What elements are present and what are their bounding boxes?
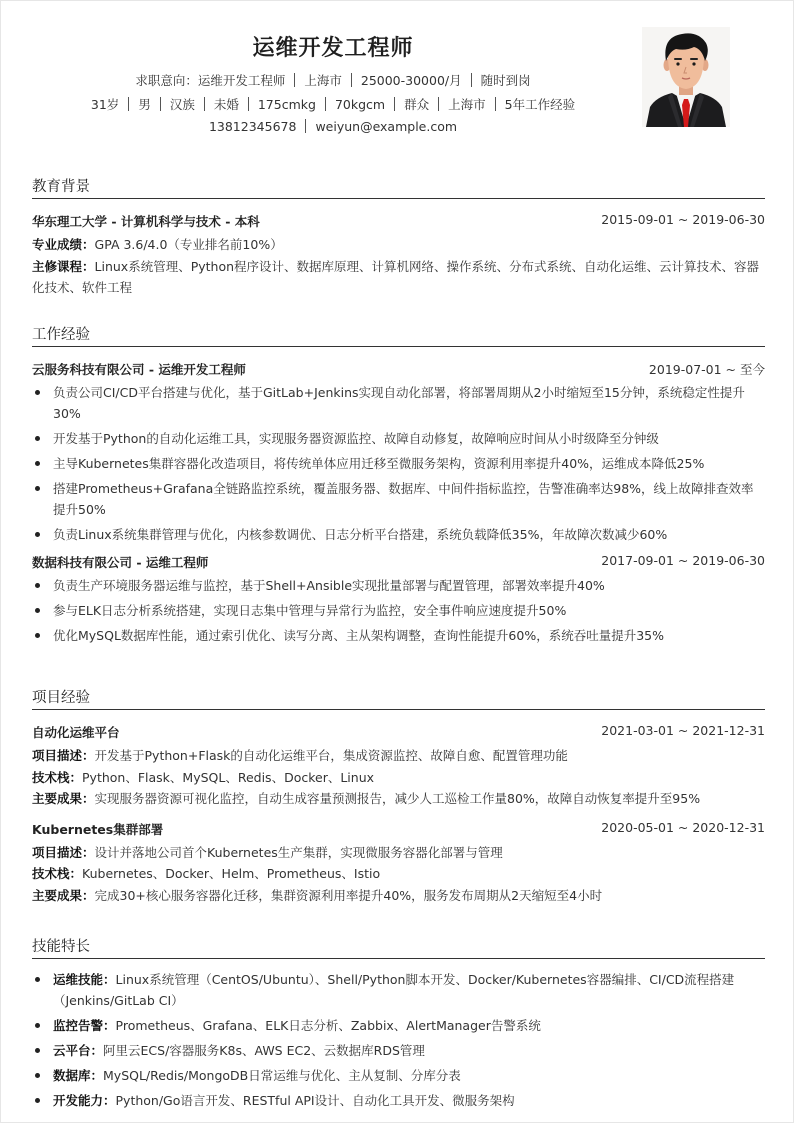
work-section: 工作经验 云服务科技有限公司 - 运维开发工程师 2019-07-01 ~ 至今… bbox=[32, 323, 765, 650]
skill-label: 开发能力： bbox=[53, 1093, 116, 1108]
courses-row: 主修课程：Linux系统管理、Python程序设计、数据库原理、计算机网络、操作… bbox=[32, 256, 765, 299]
job-intent: 求职意向：运维开发工程师 bbox=[135, 73, 285, 88]
intent-availability: 随时到岗 bbox=[481, 73, 531, 88]
list-item: 主导Kubernetes集群容器化改造项目，将传统单体应用迁移至微服务架构，资源… bbox=[32, 453, 765, 474]
school-degree: 华东理工大学 - 计算机科学与技术 - 本科 bbox=[32, 212, 260, 230]
list-item: 监控告警：Prometheus、Grafana、ELK日志分析、Zabbix、A… bbox=[32, 1015, 765, 1036]
gpa-row: 专业成绩：GPA 3.6/4.0（专业排名前10%） bbox=[32, 234, 765, 256]
list-item: 负责Linux系统集群管理与优化，内核参数调优、日志分析平台搭建，系统负载降低3… bbox=[32, 524, 765, 545]
age: 31岁 bbox=[91, 97, 119, 112]
skill-text: Linux系统管理（CentOS/Ubuntu）、Shell/Python脚本开… bbox=[53, 972, 734, 1008]
result-label: 主要成果： bbox=[32, 791, 95, 806]
list-item: 搭建Prometheus+Grafana全链路监控系统，覆盖服务器、数据库、中间… bbox=[32, 478, 765, 520]
divider bbox=[495, 97, 496, 111]
stack-value: Kubernetes、Docker、Helm、Prometheus、Istio bbox=[82, 866, 380, 881]
stack-label: 技术栈： bbox=[32, 770, 82, 785]
resume-title: 运维开发工程师 bbox=[1, 31, 665, 62]
skill-text: MySQL/Redis/MongoDB日常运维与优化、主从复制、分库分表 bbox=[103, 1068, 461, 1083]
work-date: 2017-09-01 ~ 2019-06-30 bbox=[601, 553, 765, 571]
skill-text: Prometheus、Grafana、ELK日志分析、Zabbix、AlertM… bbox=[116, 1018, 541, 1033]
list-item: 开发能力：Python/Go语言开发、RESTful API设计、自动化工具开发… bbox=[32, 1090, 765, 1111]
project-result-row: 主要成果：实现服务器资源可视化监控，自动生成容量预测报告，减少人工巡检工作量80… bbox=[32, 788, 765, 810]
project-entry-header: 自动化运维平台 2021-03-01 ~ 2021-12-31 bbox=[32, 723, 765, 741]
education-section: 教育背景 华东理工大学 - 计算机科学与技术 - 本科 2015-09-01 ~… bbox=[32, 175, 765, 299]
divider bbox=[471, 73, 472, 87]
project-stack-row: 技术栈：Python、Flask、MySQL、Redis、Docker、Linu… bbox=[32, 767, 765, 789]
work-date: 2019-07-01 ~ 至今 bbox=[649, 360, 765, 378]
avatar-illustration-icon bbox=[642, 27, 730, 127]
divider bbox=[128, 97, 129, 111]
list-item: 负责生产环境服务器运维与监控，基于Shell+Ansible实现批量部署与配置管… bbox=[32, 575, 765, 596]
project-name: Kubernetes集群部署 bbox=[32, 820, 163, 838]
education-date: 2015-09-01 ~ 2019-06-30 bbox=[601, 212, 765, 230]
section-title-skills: 技能特长 bbox=[32, 935, 765, 959]
courses-value: Linux系统管理、Python程序设计、数据库原理、计算机网络、操作系统、分布… bbox=[32, 259, 759, 296]
skill-label: 监控告警： bbox=[53, 1018, 116, 1033]
ethnicity: 汉族 bbox=[170, 97, 195, 112]
gpa-value: GPA 3.6/4.0（专业排名前10%） bbox=[95, 237, 283, 252]
project-date: 2021-03-01 ~ 2021-12-31 bbox=[601, 723, 765, 741]
divider bbox=[294, 73, 295, 87]
divider bbox=[248, 97, 249, 111]
divider bbox=[160, 97, 161, 111]
divider bbox=[325, 97, 326, 111]
divider bbox=[351, 73, 352, 87]
list-item: 负责公司CI/CD平台搭建与优化，基于GitLab+Jenkins实现自动化部署… bbox=[32, 382, 765, 424]
project-stack-row: 技术栈：Kubernetes、Docker、Helm、Prometheus、Is… bbox=[32, 863, 765, 885]
personal-info-line: 31岁男汉族未婚175cmkg70kgcm群众上海市5年工作经验 bbox=[1, 95, 665, 113]
education-entry-header: 华东理工大学 - 计算机科学与技术 - 本科 2015-09-01 ~ 2019… bbox=[32, 212, 765, 230]
skill-text: 阿里云ECS/容器服务K8s、AWS EC2、云数据库RDS管理 bbox=[103, 1043, 425, 1058]
project-desc-row: 项目描述：设计并落地公司首个Kubernetes生产集群，实现微服务容器化部署与… bbox=[32, 842, 765, 864]
experience-years: 5年工作经验 bbox=[505, 97, 575, 112]
desc-value: 开发基于Python+Flask的自动化运维平台，集成资源监控、故障自愈、配置管… bbox=[95, 748, 568, 763]
list-item: 开发基于Python的自动化运维工具，实现服务器资源监控、故障自动修复，故障响应… bbox=[32, 428, 765, 449]
section-title-work: 工作经验 bbox=[32, 323, 765, 347]
result-value: 实现服务器资源可视化监控，自动生成容量预测报告，减少人工巡检工作量80%，故障自… bbox=[95, 791, 701, 806]
desc-value: 设计并落地公司首个Kubernetes生产集群，实现微服务容器化部署与管理 bbox=[95, 845, 503, 860]
projects-section: 项目经验 自动化运维平台 2021-03-01 ~ 2021-12-31 项目描… bbox=[32, 686, 765, 906]
work-entry-header: 云服务科技有限公司 - 运维开发工程师 2019-07-01 ~ 至今 bbox=[32, 360, 765, 378]
intent-city: 上海市 bbox=[304, 73, 342, 88]
stack-label: 技术栈： bbox=[32, 866, 82, 881]
skill-text: Python/Go语言开发、RESTful API设计、自动化工具开发、微服务架… bbox=[116, 1093, 515, 1108]
list-item: 运维技能：Linux系统管理（CentOS/Ubuntu）、Shell/Pyth… bbox=[32, 969, 765, 1011]
height: 175cmkg bbox=[258, 97, 316, 112]
company-role: 云服务科技有限公司 - 运维开发工程师 bbox=[32, 360, 246, 378]
list-item: 云平台：阿里云ECS/容器服务K8s、AWS EC2、云数据库RDS管理 bbox=[32, 1040, 765, 1061]
divider bbox=[394, 97, 395, 111]
weight: 70kgcm bbox=[335, 97, 385, 112]
divider bbox=[305, 119, 306, 133]
courses-label: 主修课程： bbox=[32, 259, 95, 274]
project-entry-header: Kubernetes集群部署 2020-05-01 ~ 2020-12-31 bbox=[32, 820, 765, 838]
work-entry-header: 数据科技有限公司 - 运维工程师 2017-09-01 ~ 2019-06-30 bbox=[32, 553, 765, 571]
project-result-row: 主要成果：完成30+核心服务容器化迁移，集群资源利用率提升40%，服务发布周期从… bbox=[32, 885, 765, 907]
divider bbox=[204, 97, 205, 111]
resume-page: 运维开发工程师 求职意向：运维开发工程师上海市25000-30000/月随时到岗… bbox=[0, 0, 794, 1123]
project-name: 自动化运维平台 bbox=[32, 723, 120, 741]
gpa-label: 专业成绩： bbox=[32, 237, 95, 252]
company-role: 数据科技有限公司 - 运维工程师 bbox=[32, 553, 208, 571]
list-item: 数据库：MySQL/Redis/MongoDB日常运维与优化、主从复制、分库分表 bbox=[32, 1065, 765, 1086]
skill-label: 数据库： bbox=[53, 1068, 103, 1083]
result-value: 完成30+核心服务容器化迁移，集群资源利用率提升40%，服务发布周期从2天缩短至… bbox=[95, 888, 603, 903]
email: weiyun@example.com bbox=[315, 119, 457, 134]
marital-status: 未婚 bbox=[214, 97, 239, 112]
result-label: 主要成果： bbox=[32, 888, 95, 903]
political-status: 群众 bbox=[404, 97, 429, 112]
stack-value: Python、Flask、MySQL、Redis、Docker、Linux bbox=[82, 770, 374, 785]
list-item: 参与ELK日志分析系统搭建，实现日志集中管理与异常行为监控，安全事件响应速度提升… bbox=[32, 600, 765, 621]
section-title-projects: 项目经验 bbox=[32, 686, 765, 710]
divider bbox=[438, 97, 439, 111]
job-intent-line: 求职意向：运维开发工程师上海市25000-30000/月随时到岗 bbox=[1, 71, 665, 89]
phone: 13812345678 bbox=[209, 119, 296, 134]
gender: 男 bbox=[138, 97, 151, 112]
project-desc-row: 项目描述：开发基于Python+Flask的自动化运维平台，集成资源监控、故障自… bbox=[32, 745, 765, 767]
skill-label: 云平台： bbox=[53, 1043, 103, 1058]
work-bullets: 负责生产环境服务器运维与监控，基于Shell+Ansible实现批量部署与配置管… bbox=[32, 575, 765, 646]
desc-label: 项目描述： bbox=[32, 845, 95, 860]
skills-section: 技能特长 运维技能：Linux系统管理（CentOS/Ubuntu）、Shell… bbox=[32, 935, 765, 1115]
section-title-education: 教育背景 bbox=[32, 175, 765, 199]
project-date: 2020-05-01 ~ 2020-12-31 bbox=[601, 820, 765, 838]
intent-salary: 25000-30000/月 bbox=[361, 73, 462, 88]
work-bullets: 负责公司CI/CD平台搭建与优化，基于GitLab+Jenkins实现自动化部署… bbox=[32, 382, 765, 545]
contact-line: 13812345678weiyun@example.com bbox=[1, 119, 665, 134]
skill-label: 运维技能： bbox=[53, 972, 116, 987]
skills-list: 运维技能：Linux系统管理（CentOS/Ubuntu）、Shell/Pyth… bbox=[32, 969, 765, 1111]
residence: 上海市 bbox=[448, 97, 486, 112]
desc-label: 项目描述： bbox=[32, 748, 95, 763]
profile-photo bbox=[642, 27, 730, 127]
list-item: 优化MySQL数据库性能，通过索引优化、读写分离、主从架构调整，查询性能提升60… bbox=[32, 625, 765, 646]
